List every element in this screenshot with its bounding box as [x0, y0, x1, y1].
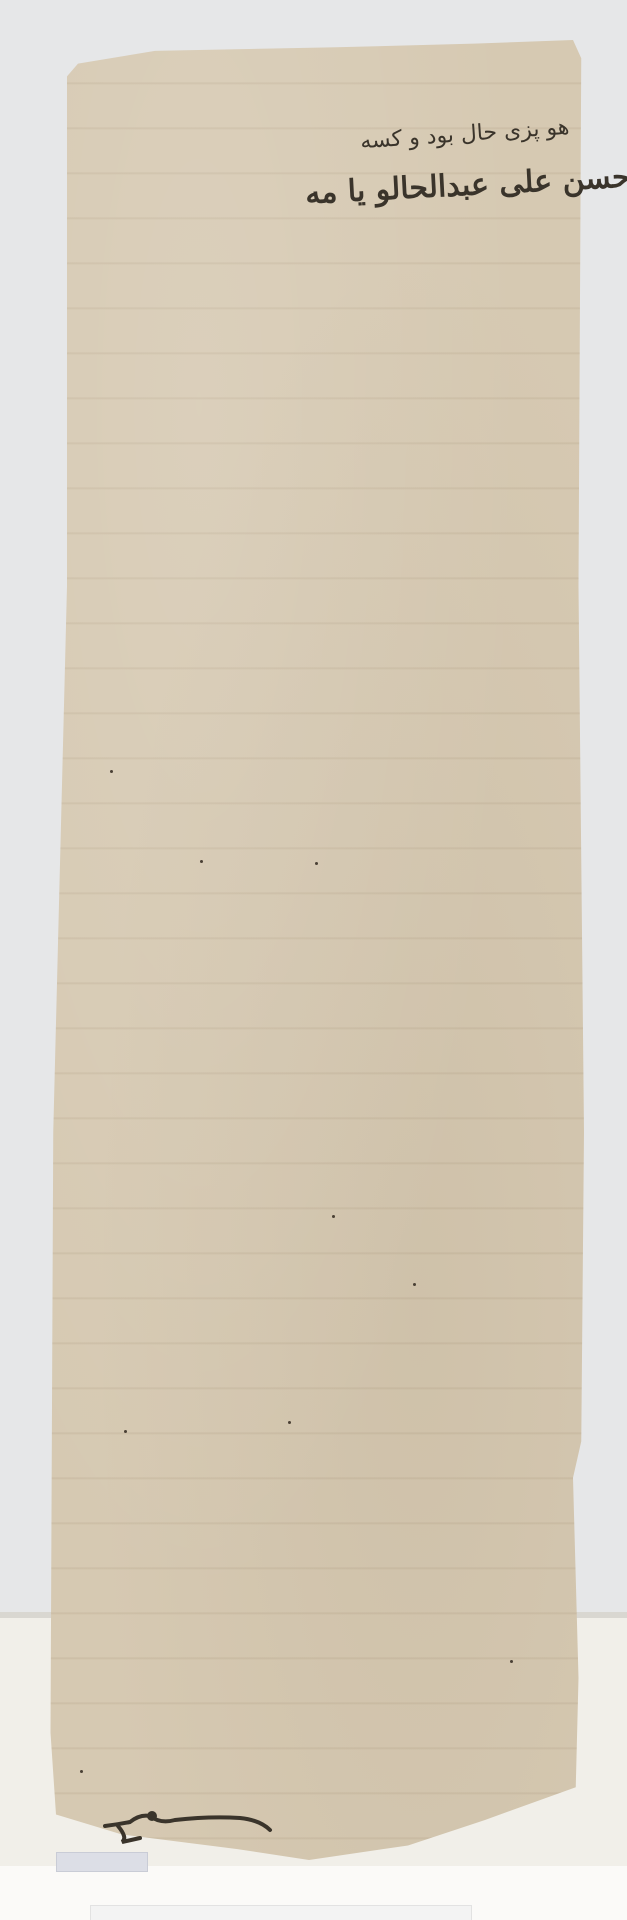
ink-speck	[110, 770, 113, 773]
manuscript-sheet	[34, 40, 584, 1860]
ink-speck	[510, 1660, 513, 1663]
ink-speck	[288, 1421, 291, 1424]
ink-speck	[315, 862, 318, 865]
ink-speck	[124, 1430, 127, 1433]
ink-speck	[332, 1215, 335, 1218]
ink-speck	[80, 1770, 83, 1773]
ink-speck	[200, 860, 203, 863]
ink-speck	[413, 1283, 416, 1286]
label-card	[90, 1905, 472, 1920]
mounting-tab	[56, 1852, 148, 1872]
signature-flourish-icon	[100, 1804, 275, 1846]
